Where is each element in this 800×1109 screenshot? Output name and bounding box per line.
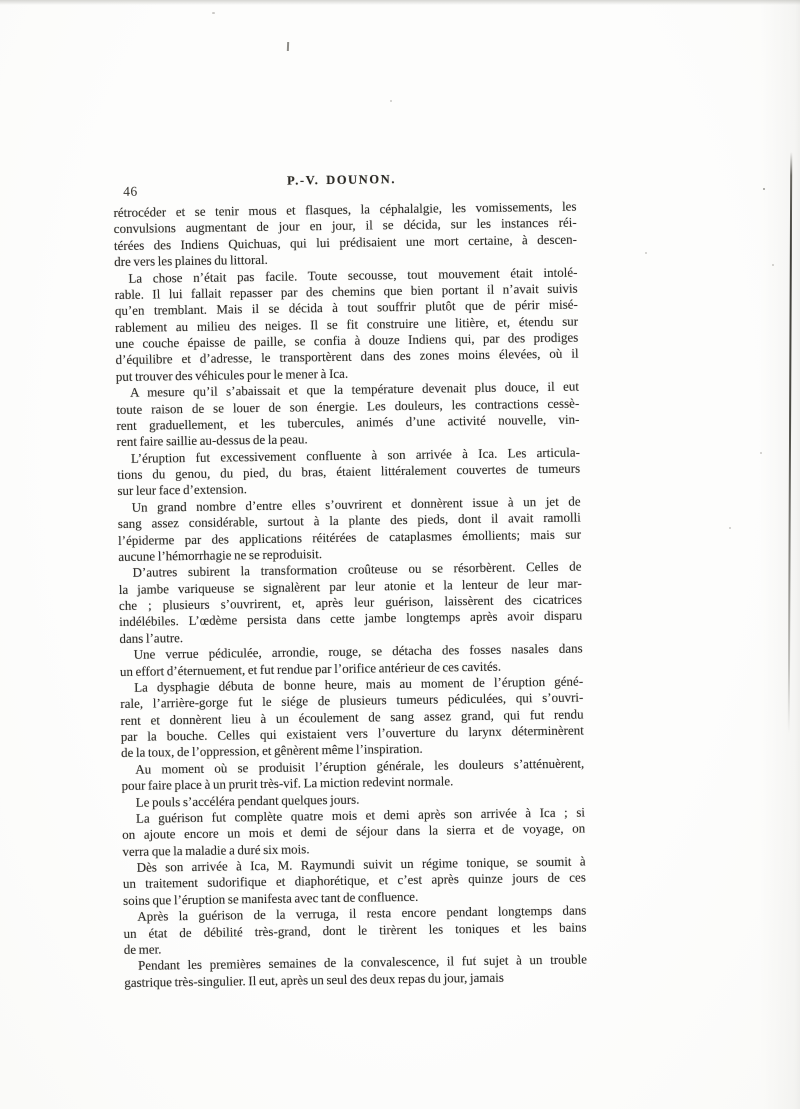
paragraph: A mesure qu’il s’abaissait et que la tem… bbox=[116, 379, 580, 451]
paragraph: L’éruption fut excessivement confluente … bbox=[117, 444, 581, 500]
scan-speck bbox=[212, 12, 215, 14]
paragraph: Après la guérison de la verruga, il rest… bbox=[123, 903, 587, 959]
paragraph: La guérison fut complète quatre mois et … bbox=[122, 804, 586, 860]
paragraph: La chose n’était pas facile. Toute secou… bbox=[114, 264, 579, 385]
scan-speck bbox=[390, 100, 392, 102]
scan-speck bbox=[760, 452, 762, 454]
scan-edge-artifact-line bbox=[788, 152, 793, 734]
paragraph: D’autres subirent la transformation croû… bbox=[118, 559, 582, 647]
scan-speck bbox=[729, 527, 731, 529]
text-column: rétrocéder et se tenir mous et flasques,… bbox=[113, 199, 587, 991]
paragraph: La dysphagie débuta de bonne heure, mais… bbox=[120, 673, 584, 761]
paragraph: rétrocéder et se tenir mous et flasques,… bbox=[113, 199, 577, 271]
scan-tick-mark bbox=[287, 42, 289, 51]
page-content: 46 P.-V. DOUNON. rétrocéder et se tenir … bbox=[113, 170, 587, 991]
scanned-book-page: 46 P.-V. DOUNON. rétrocéder et se tenir … bbox=[0, 0, 800, 1109]
paragraph: Dès son arrivée à Ica, M. Raymundi suivi… bbox=[123, 853, 587, 909]
paragraph: Pendant les premières semaines de la con… bbox=[124, 952, 587, 991]
scan-speck bbox=[645, 252, 647, 254]
scan-speck bbox=[772, 264, 774, 266]
scan-speck bbox=[763, 188, 765, 190]
paragraph: Un grand nombre d’entre elles s’ouvriren… bbox=[118, 493, 582, 565]
running-header: P.-V. DOUNON. bbox=[113, 170, 570, 191]
